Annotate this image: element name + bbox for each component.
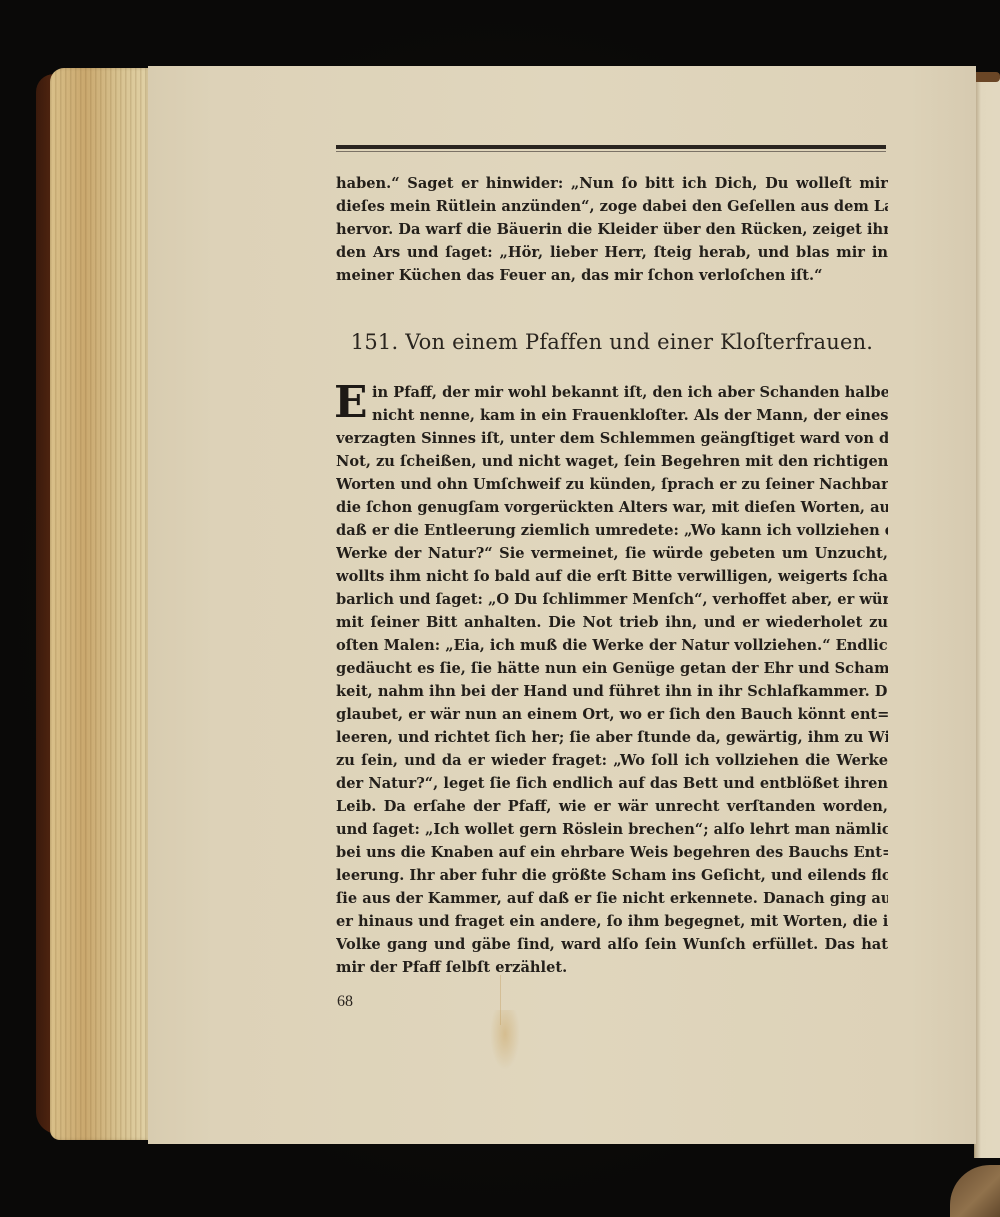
text-line: leerung. Ihr aber fuhr die größte Scham …	[336, 864, 888, 887]
text-line: leeren, und richtet ſich her; ſie aber ſ…	[336, 726, 888, 749]
header-rule	[336, 145, 886, 149]
page-number: 68	[337, 993, 353, 1011]
text-line: mit ſeiner Bitt anhalten. Die Not trieb …	[336, 611, 888, 634]
text-line: Werke der Natur?“ Sie vermeinet, ſie wür…	[336, 542, 888, 565]
text-line: verzagten Sinnes iſt, unter dem Schlemme…	[336, 427, 888, 450]
text-line: haben.“ Saget er hinwider: „Nun ſo bitt …	[336, 172, 888, 195]
book-scan: haben.“ Saget er hinwider: „Nun ſo bitt …	[0, 0, 1000, 1217]
text-line: dieſes mein Rütlein anzünden“, zoge dabe…	[336, 195, 888, 218]
text-line: glaubet, er wär nun an einem Ort, wo er …	[336, 703, 888, 726]
text-line: hervor. Da warf die Bäuerin die Kleider …	[336, 218, 888, 241]
text-line: gedäucht es ſie, ſie hätte nun ein Genüg…	[336, 657, 888, 680]
text-line: keit, nahm ihn bei der Hand und führet i…	[336, 680, 888, 703]
text-line: barlich und ſaget: „O Du ſchlimmer Menſc…	[336, 588, 888, 611]
text-line: in Pfaff, der mir wohl bekannt iſt, den …	[336, 381, 888, 404]
text-line: ſie aus der Kammer, auf daß er ſie nicht…	[336, 887, 888, 910]
adjacent-page-edge	[974, 78, 1000, 1158]
paper-stain	[490, 1010, 520, 1070]
text-line: Worten und ohn Umſchweif zu künden, ſpra…	[336, 473, 888, 496]
page-block-edge	[50, 68, 150, 1140]
text-line: er hinaus und fraget ein andere, ſo ihm …	[336, 910, 888, 933]
text-line: Leib. Da erſahe der Pfaff, wie er wär un…	[336, 795, 888, 818]
text-line: zu ſein, und da er wieder fraget: „Wo ſo…	[336, 749, 888, 772]
text-line: bei uns die Knaben auf ein ehrbare Weis …	[336, 841, 888, 864]
text-line: mir der Pfaff ſelbſt erzählet.	[336, 956, 888, 979]
continued-paragraph: haben.“ Saget er hinwider: „Nun ſo bitt …	[336, 172, 888, 287]
text-line: daß er die Entleerung ziemlich umredete:…	[336, 519, 888, 542]
text-line: meiner Küchen das Feuer an, das mir ſcho…	[336, 264, 888, 287]
text-line: Volke gang und gäbe ſind, ward alſo ſein…	[336, 933, 888, 956]
text-line: nicht nenne, kam in ein Frauenkloſter. A…	[336, 404, 888, 427]
chapter-body: in Pfaff, der mir wohl bekannt iſt, den …	[336, 381, 888, 979]
bookmark-cord	[950, 1165, 1000, 1217]
chapter-heading: 151. Von einem Pfaffen und einer Kloſter…	[336, 330, 888, 354]
text-line: den Ars und ſaget: „Hör, lieber Herr, ſt…	[336, 241, 888, 264]
text-line: die ſchon genugſam vorgerückten Alters w…	[336, 496, 888, 519]
text-line: und ſaget: „Ich wollet gern Röslein brec…	[336, 818, 888, 841]
text-line: Not, zu ſcheißen, und nicht waget, ſein …	[336, 450, 888, 473]
header-rule-thin	[336, 151, 886, 152]
text-line: oſten Malen: „Eia, ich muß die Werke der…	[336, 634, 888, 657]
text-line: der Natur?“, leget ſie ſich endlich auf …	[336, 772, 888, 795]
text-line: wollts ihm nicht ſo bald auf die erſt Bi…	[336, 565, 888, 588]
